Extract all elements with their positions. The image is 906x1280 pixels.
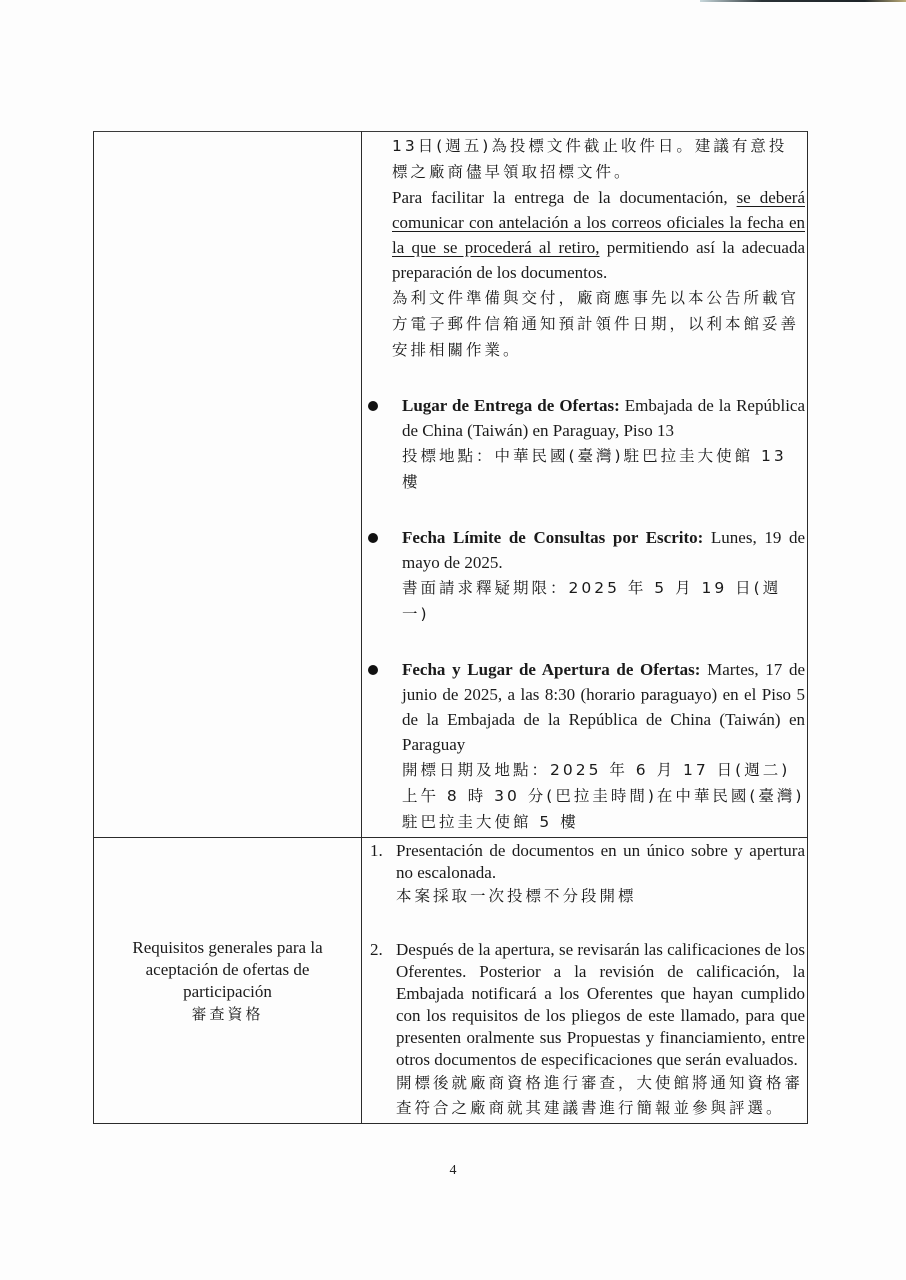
bullet-inquiry-deadline: Fecha Límite de Consultas por Escrito: L… bbox=[392, 525, 805, 627]
bullet-dot-icon bbox=[368, 533, 378, 543]
bullet-label: Lugar de Entrega de Ofertas: bbox=[402, 396, 620, 415]
requirement-text: Presentación de documentos en un único s… bbox=[396, 840, 805, 884]
cell-requirements-details: 1. Presentación de documentos en un únic… bbox=[362, 838, 808, 1124]
pickup-notice-es: Para facilitar la entrega de la document… bbox=[392, 185, 805, 285]
list-marker: 2. bbox=[370, 939, 383, 961]
requirements-label-es: Requisitos generales para la aceptación … bbox=[104, 937, 351, 1003]
requirement-item-1: 1. Presentación de documentos en un únic… bbox=[366, 840, 805, 909]
pickup-notice-es-prefix: Para facilitar la entrega de la document… bbox=[392, 188, 737, 207]
requirement-cjk: 本案採取一次投標不分段開標 bbox=[396, 884, 805, 909]
cell-left-empty bbox=[94, 132, 362, 838]
requirement-text: Después de la apertura, se revisarán las… bbox=[396, 939, 805, 1071]
bullet-delivery-location: Lugar de Entrega de Ofertas: Embajada de… bbox=[392, 393, 805, 495]
bullet-label: Fecha y Lugar de Apertura de Ofertas: bbox=[402, 660, 700, 679]
bullet-label: Fecha Límite de Consultas por Escrito: bbox=[402, 528, 703, 547]
pickup-notice-cjk: 為利文件準備與交付，廠商應事先以本公告所載官方電子郵件信箱通知預計領件日期，以利… bbox=[392, 285, 805, 363]
bullet-cjk: 開標日期及地點：2025 年 6 月 17 日(週二)上午 8 時 30 分(巴… bbox=[402, 757, 805, 835]
bullet-dot-icon bbox=[368, 665, 378, 675]
list-marker: 1. bbox=[370, 840, 383, 862]
cell-requirements-label: Requisitos generales para la aceptación … bbox=[94, 838, 362, 1124]
deadline-notice-cjk: 13日(週五)為投標文件截止收件日。建議有意投標之廠商儘早領取招標文件。 bbox=[392, 133, 805, 185]
table-row-schedule: 13日(週五)為投標文件截止收件日。建議有意投標之廠商儘早領取招標文件。 Par… bbox=[94, 132, 808, 838]
cell-schedule-details: 13日(週五)為投標文件截止收件日。建議有意投標之廠商儘早領取招標文件。 Par… bbox=[362, 132, 808, 838]
bullet-cjk: 投標地點：中華民國(臺灣)駐巴拉圭大使館 13 樓 bbox=[402, 443, 805, 495]
requirements-label-cjk: 審查資格 bbox=[104, 1003, 351, 1025]
table-row-requirements: Requisitos generales para la aceptación … bbox=[94, 838, 808, 1124]
page-number: 4 bbox=[0, 1163, 906, 1179]
requirement-item-2: 2. Después de la apertura, se revisarán … bbox=[366, 939, 805, 1121]
bullet-opening-date-place: Fecha y Lugar de Apertura de Ofertas: Ma… bbox=[392, 657, 805, 835]
bullet-dot-icon bbox=[368, 401, 378, 411]
tender-info-table: 13日(週五)為投標文件截止收件日。建議有意投標之廠商儘早領取招標文件。 Par… bbox=[93, 131, 808, 1124]
bullet-cjk: 書面請求釋疑期限：2025 年 5 月 19 日(週一) bbox=[402, 575, 805, 627]
scan-top-edge bbox=[700, 0, 906, 2]
requirement-cjk: 開標後就廠商資格進行審查，大使館將通知資格審查符合之廠商就其建議書進行簡報並參與… bbox=[396, 1071, 805, 1121]
